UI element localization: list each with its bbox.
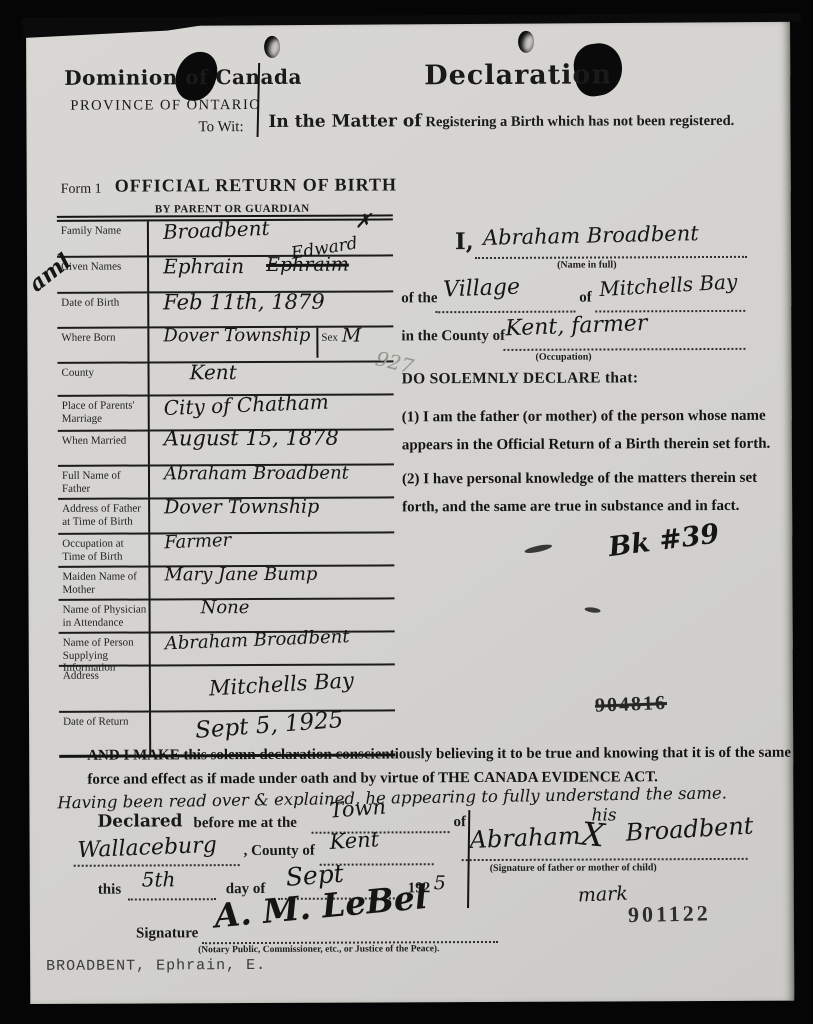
of-the-label: of the — [401, 290, 437, 307]
in-the-matter-label: In the Matter of — [268, 111, 421, 132]
row-value: Kent — [149, 360, 236, 384]
row-value: August 15, 1878 — [150, 426, 339, 451]
hole-punch-icon — [518, 31, 534, 53]
declared-label: Declared — [97, 811, 182, 831]
struck-registration-number: 904816 — [595, 692, 668, 718]
to-wit-label: To Wit: — [198, 119, 243, 136]
occupation-caption: (Occupation) — [535, 352, 591, 363]
row-label: Where Born — [57, 328, 147, 361]
declarant-first-name: Abraham — [469, 822, 581, 854]
row-value: Abraham Broadbent — [150, 463, 349, 485]
clause-2: (2) I have personal knowledge of the mat… — [402, 465, 774, 522]
birth-return-table: Family Name Broadbent Given Names Ephrai… — [57, 218, 395, 757]
row-value: Feb 11th, 1879 — [149, 290, 325, 315]
declarant-signature-caption: (Signature of father or mother of child) — [490, 862, 657, 874]
day-line — [128, 897, 216, 900]
table-row: Occupation at Time of Birth Farmer — [58, 533, 394, 567]
row-label: Place of Parents' Marriage — [58, 396, 148, 429]
sex-value: M — [340, 325, 362, 347]
this-label: this — [98, 882, 121, 899]
table-row: Maiden Name of Mother Mary Jane Bump — [58, 566, 394, 600]
ink-smudge — [524, 543, 553, 555]
county-line — [503, 347, 745, 351]
clause-1: (1) I am the father (or mother) of the p… — [402, 403, 774, 460]
row-label: Maiden Name of Mother — [58, 567, 148, 598]
year-written: 5 — [434, 872, 446, 894]
solemnly-declare: DO SOLEMNLY DECLARE that: — [402, 369, 639, 388]
row-value: Dover Township — [149, 325, 310, 347]
row-label: Family Name — [57, 221, 147, 255]
name-line — [475, 255, 747, 259]
dominion-title: Dominion of Canada — [64, 65, 302, 90]
declared-place-type: Town — [329, 794, 387, 822]
row-value: Mary Jane Bump — [150, 564, 317, 586]
row-value: Sept 5, 1925 — [150, 707, 344, 747]
signature-label: Signature — [136, 925, 198, 942]
row-label: Full Name of Father — [58, 466, 148, 497]
county-of-label: , County of — [244, 843, 315, 860]
place-type: Village — [443, 275, 521, 303]
row-value: Farmer — [150, 530, 232, 554]
table-row: Given Names Ephrain Ephraim Edward — [57, 256, 393, 293]
row-label: Name of Person Supplying Information — [59, 633, 149, 664]
table-row: Where Born Dover Township Sex M — [57, 327, 393, 363]
row-value: Ephrain — [149, 254, 244, 278]
notary-caption: (Notary Public, Commissioner, etc., or J… — [198, 944, 439, 955]
row-value: None — [151, 597, 250, 618]
intro-i: I, — [455, 228, 474, 255]
row-value: Broadbent — [148, 216, 269, 245]
before-me-label: before me at the — [193, 815, 297, 832]
row-label: Date of Birth — [57, 293, 147, 326]
table-row: When Married August 15, 1878 — [58, 430, 394, 466]
form-title: OFFICIAL RETURN OF BIRTH — [115, 174, 397, 196]
table-row: Date of Birth Feb 11th, 1879 — [57, 292, 393, 328]
declarant-last-name: Broadbent — [625, 812, 754, 847]
in-the-matter-line: In the Matter of Registering a Birth whi… — [268, 110, 734, 132]
sex-label: Sex — [318, 328, 340, 344]
of-label: of — [579, 290, 592, 307]
declared-place-line2 — [74, 863, 240, 867]
name-caption: (Name in full) — [557, 259, 617, 270]
table-row: Full Name of Father Abraham Broadbent — [58, 465, 394, 499]
matter-text: Registering a Birth which has not been r… — [425, 113, 734, 130]
day-value: 5th — [142, 867, 176, 891]
row-label: Occupation at Time of Birth — [58, 534, 148, 565]
declarant-name: Abraham Broadbent — [483, 221, 699, 250]
table-row: Address Mitchells Bay — [59, 665, 395, 712]
place-name: Mitchells Bay — [599, 269, 738, 301]
declarant-signature-line — [462, 857, 748, 861]
place-type-line — [435, 310, 575, 314]
table-row: Name of Person Supplying Information Abr… — [59, 632, 395, 666]
table-row: County Kent — [58, 362, 394, 396]
scanned-document: Dominion of Canada PROVINCE OF ONTARIO T… — [0, 0, 813, 1024]
row-label: Name of Physician in Attendance — [59, 600, 149, 631]
ink-smudge — [584, 606, 601, 613]
row-value: Mitchells Bay — [150, 668, 354, 703]
hole-punch-icon — [264, 36, 280, 58]
row-label: Address — [59, 666, 149, 710]
declared-place: Wallaceburg — [77, 833, 217, 863]
paper-corner-shadow — [23, 22, 223, 38]
row-value: Dover Township — [150, 496, 319, 519]
form-number: Form 1 — [61, 182, 102, 198]
paper-sheet: Dominion of Canada PROVINCE OF ONTARIO T… — [26, 17, 794, 1004]
form-subtitle: BY PARENT OR GUARDIAN — [155, 203, 310, 216]
row-label: When Married — [58, 431, 148, 464]
row-label: Address of Father at Time of Birth — [58, 499, 148, 532]
typed-footer: BROADBENT, Ephrain, E. — [46, 957, 266, 975]
declarant-x-mark: X — [580, 814, 606, 854]
book-number: Bk #39 — [607, 518, 721, 563]
stamp-number: 901122 — [628, 900, 711, 928]
county-label: in the County of — [401, 328, 505, 345]
province-subtitle: PROVINCE OF ONTARIO — [70, 97, 261, 115]
declared-of-label: of — [453, 814, 466, 831]
declarant-mark-word: mark — [577, 883, 628, 907]
declared-county: Kent — [329, 827, 380, 854]
oath-line-1: AND I MAKE this solemn declaration consc… — [87, 743, 793, 767]
row-label: County — [58, 363, 148, 394]
declaration-title: Declaration — [424, 59, 612, 91]
county-occupation-value: Kent, farmer — [505, 311, 648, 342]
